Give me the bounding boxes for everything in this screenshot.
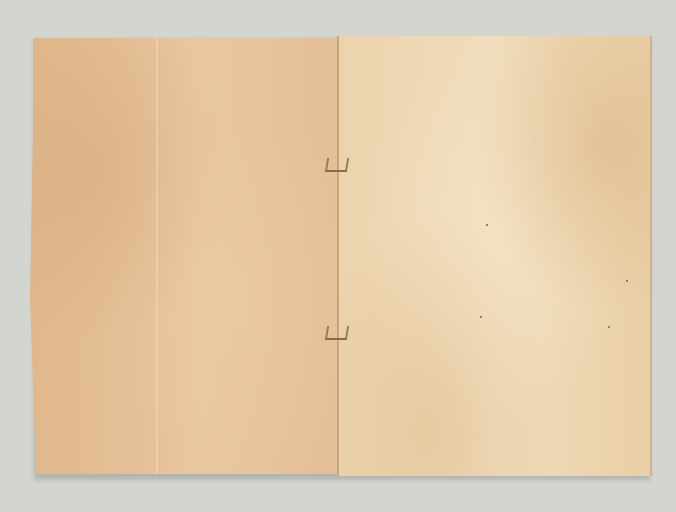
left-page-fold-line	[156, 38, 158, 474]
bottom-staple	[325, 326, 349, 340]
top-staple	[325, 158, 349, 172]
paper-speck	[486, 224, 488, 226]
paper-speck	[626, 280, 628, 282]
paper-speck	[480, 316, 482, 318]
right-page	[339, 36, 652, 476]
paper-speck	[608, 326, 610, 328]
left-page	[30, 38, 338, 474]
open-booklet	[30, 36, 650, 476]
